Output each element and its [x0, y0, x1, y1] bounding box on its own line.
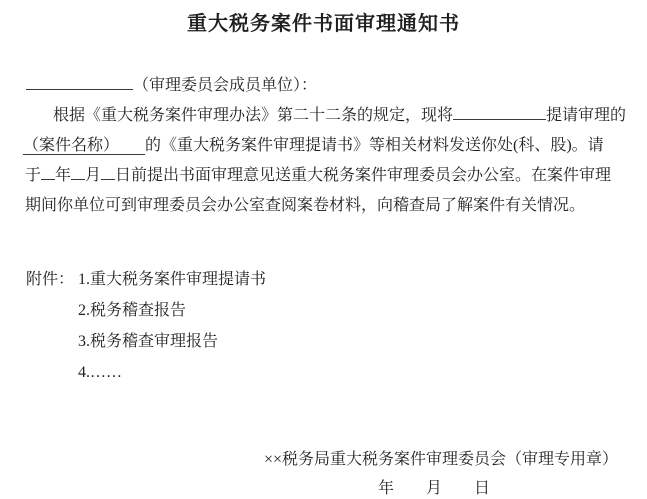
body-text: 于 [25, 167, 41, 184]
document-title: 重大税务案件书面审理通知书 [0, 0, 647, 35]
year-blank-underline [41, 163, 55, 180]
month-blank-underline [71, 163, 85, 180]
case-source-blank-underline [453, 103, 546, 120]
attachments-block: 附件： 1.重大税务案件审理提请书 2.税务稽查报告 3.税务稽查审理报告 4.… [0, 264, 647, 388]
attachments-list: 1.重大税务案件审理提请书 2.税务稽查报告 3.税务稽查审理报告 4.…… [78, 264, 266, 388]
date-line: 年 月 日 [0, 481, 647, 497]
issuing-authority-signature: ××税务局重大税务案件审理委员会（审理专用章） [0, 450, 647, 470]
body-text: 日前提出书面审理意见送重大税务案件审理委员会办公室。在案件审理 [115, 167, 611, 184]
attachment-item-2: 2.税务稽查报告 [78, 295, 266, 326]
day-blank-underline [101, 163, 115, 180]
body-paragraph-line-3: 于年月日前提出书面审理意见送重大税务案件审理委员会办公室。在案件审理 [0, 161, 647, 191]
attachment-item-4: 4.…… [78, 357, 266, 388]
body-paragraph-line-2: （案件名称）的《重大税务案件审理提请书》等相关材料发送你处(科、股)。请 [0, 131, 647, 161]
salutation-label: （审理委员会成员单位）： [133, 77, 317, 94]
body-text: 年 [55, 167, 71, 184]
salutation-line: （审理委员会成员单位）： [0, 71, 647, 101]
body-text: 的《重大税务案件审理提请书》等相关材料发送你处(科、股)。请 [145, 137, 604, 154]
body-text: 根据《重大税务案件审理办法》第二十二条的规定，现将 [53, 107, 453, 124]
body-text: 提请审理的 [546, 107, 626, 124]
attachments-label: 附件： [26, 264, 74, 295]
attachment-item-1: 1.重大税务案件审理提请书 [78, 264, 266, 295]
body-paragraph-line-1: 根据《重大税务案件审理办法》第二十二条的规定，现将提请审理的 [0, 101, 647, 131]
case-name-underlined-label: （案件名称） [23, 137, 145, 155]
recipient-blank-underline [26, 73, 133, 90]
body-text: 期间你单位可到审理委员会办公室查阅案卷材料，向稽查局了解案件有关情况。 [25, 197, 585, 214]
document-page: 重大税务案件书面审理通知书 （审理委员会成员单位）： 根据《重大税务案件审理办法… [0, 0, 647, 499]
body-text: 月 [85, 167, 101, 184]
body-paragraph-line-4: 期间你单位可到审理委员会办公室查阅案卷材料，向稽查局了解案件有关情况。 [0, 191, 647, 221]
attachment-item-3: 3.税务稽查审理报告 [78, 326, 266, 357]
